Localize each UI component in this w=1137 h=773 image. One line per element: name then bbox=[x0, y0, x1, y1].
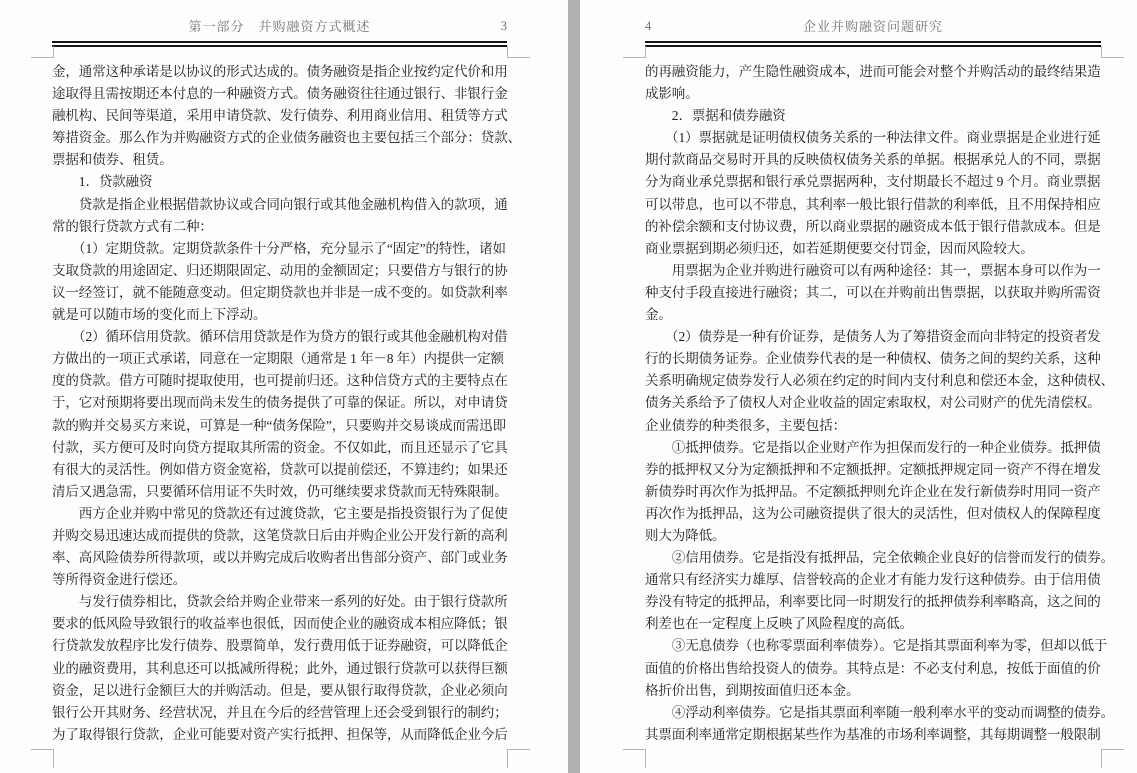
text-boundary-corner-bottom-left bbox=[31, 749, 54, 768]
book-spread: 第一部分 并购融资方式概述 3 金，通常这种承诺是以协议的形式达成的。债务融资是… bbox=[0, 0, 1137, 773]
page-right: 企业并购融资问题研究 4 的再融资能力，产生隐性融资成本，进而可能会对整个并购活… bbox=[580, 0, 1137, 773]
header-double-rule bbox=[52, 41, 507, 47]
text-line: 的再融资能力，产生隐性融资成本，进而可能会对整个并购活动的最终结果造 bbox=[645, 61, 1103, 83]
text-line: 筹措资金。那么作为并购融资方式的企业债务融资也主要包括三个部分：贷款、 bbox=[52, 127, 510, 149]
text-line: 常的银行贷款方式有二种： bbox=[52, 216, 510, 238]
text-line: （1）票据就是证明债权债务关系的一种法律文件。商业票据是企业进行延 bbox=[645, 127, 1103, 149]
text-boundary-corner-top-right bbox=[1101, 46, 1124, 58]
text-line: 业的融资费用，其利息还可以抵减所得税；此外，通过银行贷款可以获得巨额 bbox=[52, 658, 510, 680]
text-boundary-corner-bottom-right bbox=[507, 749, 530, 768]
text-line: 金。 bbox=[645, 304, 1103, 326]
text-line: 与发行债券相比，贷款会给并购企业带来一系列的好处。由于银行贷款所 bbox=[52, 591, 510, 613]
text-line: 资金，足以进行金额巨大的并购活动。但是，要从银行取得贷款，企业必须向 bbox=[52, 680, 510, 702]
text-line: 的补偿余额和支付协议费，所以商业票据的融资成本低于银行借款成本。但是 bbox=[645, 216, 1103, 238]
text-line: 再次作为抵押品，这为公司融资提供了很大的灵活性，但对债权人的保障程度 bbox=[645, 503, 1103, 525]
text-boundary-corner-top-left bbox=[31, 46, 54, 58]
text-line: 金，通常这种承诺是以协议的形式达成的。债务融资是指企业按约定代价和用 bbox=[52, 61, 510, 83]
text-line: 券的抵押权又分为定额抵押和不定额抵押。定额抵押规定同一资产不得在增发 bbox=[645, 459, 1103, 481]
text-line: 等所得资金进行偿还。 bbox=[52, 569, 510, 591]
text-line: 途取得且需按期还本付息的一种融资方式。债务融资往往通过银行、非银行金 bbox=[52, 83, 510, 105]
text-line: 贷款是指企业根据借款协议或合同向银行或其他金融机构借入的款项，通 bbox=[52, 194, 510, 216]
text-line: 率、高风险债券所得款项，或以并购完成后收购者出售部分资产、部门或业务 bbox=[52, 547, 510, 569]
text-line: ④浮动利率债券。它是指其票面利率随一般利率水平的变动而调整的债券。 bbox=[645, 702, 1103, 724]
header-double-rule bbox=[645, 41, 1101, 47]
text-line: 方做出的一项正式承诺，同意在一定期限（通常是 1 年－8 年）内提供一定额 bbox=[52, 348, 510, 370]
text-boundary-corner-top-left bbox=[623, 46, 646, 58]
text-line: 行贷款发放程序比发行债券、股票简单，发行费用低于证券融资，可以降低企 bbox=[52, 635, 510, 657]
text-line: 面值的价格出售给投资人的债券。其特点是：不必支付利息，按低于面值的价 bbox=[645, 658, 1103, 680]
text-line: 用票据为企业并购进行融资可以有两种途径：其一，票据本身可以作为一 bbox=[645, 260, 1103, 282]
text-line: 款的购并交易买方来说，可算是一种“债务保险”，只要购并交易谈成而需迅即 bbox=[52, 415, 510, 437]
text-line: 利差也在一定程度上反映了风险程度的高低。 bbox=[645, 613, 1103, 635]
page-header-title: 企业并购融资问题研究 bbox=[645, 18, 1101, 36]
text-line: 种支付手段直接进行融资；其二，可以在并购前出售票据，以获取并购所需资 bbox=[645, 282, 1103, 304]
text-line: 期付款商品交易时开具的反映债权债务关系的单据。根据承兑人的不同，票据 bbox=[645, 149, 1103, 171]
text-line: 付款，买方便可及时向贷方提取其所需的资金。不仅如此，而且还显示了它具 bbox=[52, 437, 510, 459]
text-line: 就是可以随市场的变化而上下浮动。 bbox=[52, 304, 510, 326]
text-boundary-corner-bottom-left bbox=[623, 749, 646, 768]
text-line: 于，它对预期将要出现而尚未发生的债务提供了可靠的保证。所以，对申请贷 bbox=[52, 392, 510, 414]
text-line: 可以带息，也可以不带息，其利率一般比银行借款的利率低，且不用保持相应 bbox=[645, 194, 1103, 216]
page-number: 3 bbox=[485, 19, 507, 34]
text-line: 银行公开其财务、经营状况，并且在今后的经营管理上还会受到银行的制约； bbox=[52, 702, 510, 724]
text-line: ③无息债券（也称零票面利率债券）。它是指其票面利率为零，但却以低于 bbox=[645, 635, 1103, 657]
text-line: 清后又遇急需，只要循环信用证不失时效，仍可继续要求贷款而无特殊限制。 bbox=[52, 481, 510, 503]
text-line: （2）债券是一种有价证券，是债务人为了筹措资金而向非特定的投资者发 bbox=[645, 326, 1103, 348]
text-line: 新债券时再次作为抵押品。不定额抵押则允许企业在发行新债券时用同一资产 bbox=[645, 481, 1103, 503]
text-line: 债务关系给予了债权人对企业收益的固定索取权，对公司财产的优先清偿权。 bbox=[645, 392, 1103, 414]
text-line: 2．票据和债券融资 bbox=[645, 105, 1103, 127]
text-line: 通常只有经济实力雄厚、信誉较高的企业才有能力发行这种债券。由于信用债 bbox=[645, 569, 1103, 591]
text-line: 并购交易迅速达成而提供的贷款，这笔贷款日后由并购企业公开发行新的高利 bbox=[52, 525, 510, 547]
text-line: 分为商业承兑票据和银行承兑票据两种，支付期最长不超过 9 个月。商业票据 bbox=[645, 171, 1103, 193]
page-header-title: 第一部分 并购融资方式概述 bbox=[52, 18, 507, 36]
text-line: 成影响。 bbox=[645, 83, 1103, 105]
text-line: 融机构、民间等渠道，采用申请贷款、发行债券、利用商业信用、租赁等方式 bbox=[52, 105, 510, 127]
text-line: 格折价出售，到期按面值归还本金。 bbox=[645, 680, 1103, 702]
text-line: ①抵押债券。它是指以企业财产作为担保而发行的一种企业债券。抵押债 bbox=[645, 437, 1103, 459]
text-line: 券没有特定的抵押品，利率要比同一时期发行的抵押债券利率略高，这之间的 bbox=[645, 591, 1103, 613]
page-gutter-divider bbox=[568, 0, 580, 773]
text-line: 为了取得银行贷款，企业可能要对资产实行抵押、担保等，从而降低企业今后 bbox=[52, 724, 510, 746]
text-line: 商业票据到期必须归还，如若延期便要交付罚金，因而风险较大。 bbox=[645, 238, 1103, 260]
text-line: 企业债券的种类很多，主要包括： bbox=[645, 415, 1103, 437]
text-line: 西方企业并购中常见的贷款还有过渡贷款，它主要是指投资银行为了促使 bbox=[52, 503, 510, 525]
page-body-text: 的再融资能力，产生隐性融资成本，进而可能会对整个并购活动的最终结果造成影响。 2… bbox=[645, 61, 1103, 746]
text-line: 要求的低风险导致银行的收益率也很低，因而使企业的融资成本相应降低；银 bbox=[52, 613, 510, 635]
text-line: 度的贷款。借方可随时提取使用，也可提前归还。这种信贷方式的主要特点在 bbox=[52, 370, 510, 392]
text-line: 有很大的灵活性。例如借方资金宽裕，贷款可以提前偿还，不算违约；如果还 bbox=[52, 459, 510, 481]
text-line: （1）定期贷款。定期贷款条件十分严格，充分显示了“固定”的特性，诸如 bbox=[52, 238, 510, 260]
page-left: 第一部分 并购融资方式概述 3 金，通常这种承诺是以协议的形式达成的。债务融资是… bbox=[0, 0, 568, 773]
text-line: 则大为降低。 bbox=[645, 525, 1103, 547]
text-boundary-corner-bottom-right bbox=[1101, 749, 1124, 768]
text-line: 其票面利率通常定期根据某些作为基准的市场利率调整，其每期调整一般限制 bbox=[645, 724, 1103, 746]
text-line: 支取贷款的用途固定、归还期限固定、动用的金额固定；只要借方与银行的协 bbox=[52, 260, 510, 282]
text-line: ②信用债券。它是指没有抵押品，完全依赖企业良好的信誉而发行的债券。 bbox=[645, 547, 1103, 569]
page-number: 4 bbox=[645, 19, 667, 34]
text-line: 1．贷款融资 bbox=[52, 171, 510, 193]
text-line: 关系明确规定债券发行人必须在约定的时间内支付利息和偿还本金，这种债权、 bbox=[645, 370, 1103, 392]
text-line: 行的长期债务证券。企业债券代表的是一种债权、债务之间的契约关系，这种 bbox=[645, 348, 1103, 370]
page-body-text: 金，通常这种承诺是以协议的形式达成的。债务融资是指企业按约定代价和用途取得且需按… bbox=[52, 61, 510, 746]
text-line: 议一经签订，就不能随意变动。但定期贷款也并非是一成不变的。如贷款利率 bbox=[52, 282, 510, 304]
text-boundary-corner-top-right bbox=[507, 46, 530, 58]
text-line: （2）循环信用贷款。循环信用贷款是作为贷方的银行或其他金融机构对借 bbox=[52, 326, 510, 348]
text-line: 票据和债券、租赁。 bbox=[52, 149, 510, 171]
